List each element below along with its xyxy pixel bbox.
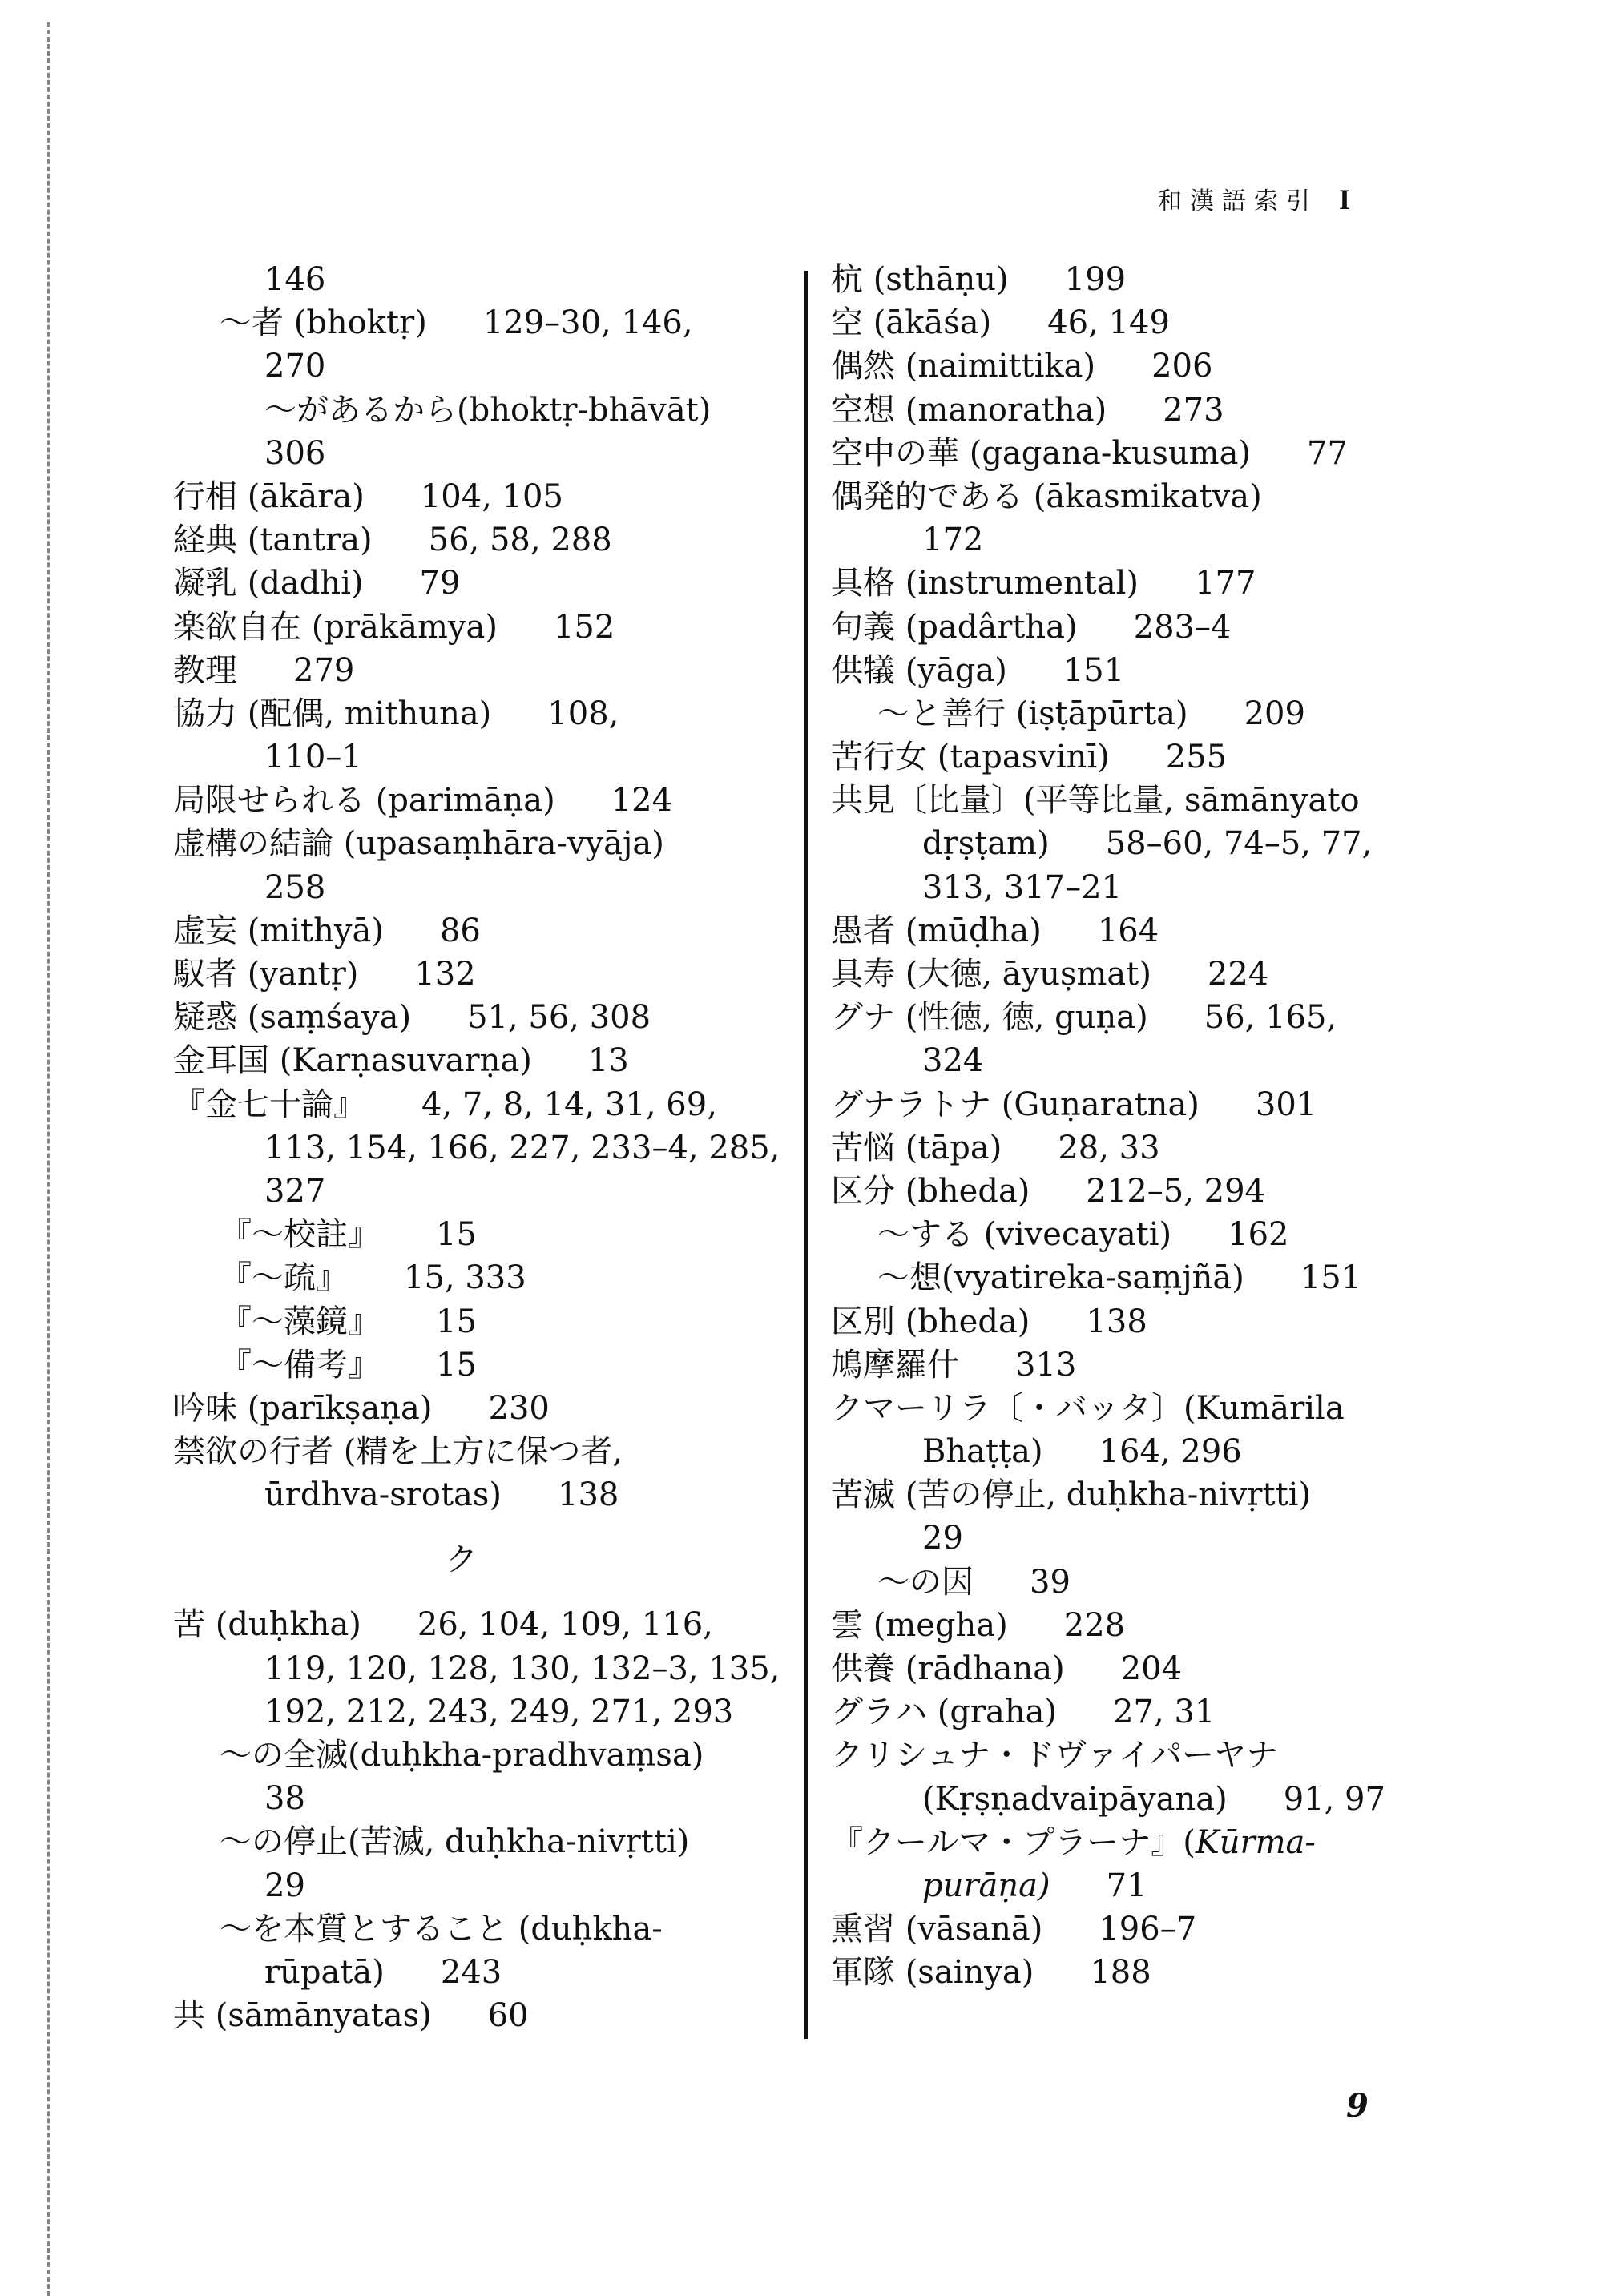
entry-page-refs: 306 [264, 435, 325, 472]
entry-page-refs: 164, 296 [1099, 1433, 1242, 1470]
entry-page-refs: 212–5, 294 [1086, 1173, 1265, 1210]
entry-term: 空想 (manoratha) [831, 392, 1107, 429]
entry-page-refs: 283–4 [1134, 609, 1232, 646]
entry-term: ～の因 [877, 1564, 974, 1601]
entry-term: 鳩摩羅什 [831, 1347, 959, 1384]
entry-term: ～者 (bhoktṛ) [220, 304, 427, 341]
index-entry: 『～藻鏡』15 [173, 1300, 814, 1343]
entry-page-refs: 77 [1307, 435, 1348, 472]
entry-term: 禁欲の行者 (精を上方に保つ者, [173, 1433, 623, 1470]
entry-term: 教理 [173, 652, 237, 689]
index-entry: ～者 (bhoktṛ)129–30, 146, [173, 301, 814, 344]
entry-page-refs: 243 [441, 1954, 502, 1991]
index-entry: 苦 (duḥkha)26, 104, 109, 116, [173, 1603, 814, 1646]
entry-term: 虚構の結論 (upasaṃhāra-vyāja) [173, 825, 664, 862]
index-entry: 区分 (bheda)212–5, 294 [831, 1170, 1472, 1213]
entry-page-refs: 119, 120, 128, 130, 132–3, 135, [264, 1650, 780, 1687]
index-entry: 杭 (sthāṇu)199 [831, 258, 1472, 301]
entry-page-refs: 29 [264, 1867, 305, 1904]
entry-page-refs: 324 [922, 1042, 983, 1079]
index-entry-continuation: 146 [173, 258, 814, 301]
index-entry: 熏習 (vāsanā)196–7 [831, 1907, 1472, 1951]
entry-page-refs: 204 [1121, 1650, 1182, 1687]
entry-term: 『金七十論』 [173, 1086, 365, 1123]
entry-page-refs: 132 [414, 956, 475, 993]
entry-term: 行相 (ākāra) [173, 478, 365, 515]
entry-page-refs: 38 [264, 1780, 305, 1817]
running-head: 和漢語索引I [1158, 181, 1350, 216]
entry-term: 区別 (bheda) [831, 1303, 1030, 1340]
index-entry-continuation: 324 [831, 1039, 1472, 1082]
entry-page-refs: 152 [554, 609, 615, 646]
index-entry: 教理279 [173, 649, 814, 692]
entry-term: 共 (sāmānyatas) [173, 1997, 432, 2034]
index-entry: purāṇa)71 [831, 1864, 1472, 1907]
column-divider [804, 271, 808, 2039]
entry-page-refs: 228 [1064, 1607, 1125, 1644]
index-entry: 疑惑 (saṃśaya)51, 56, 308 [173, 996, 814, 1039]
index-entry: 虚妄 (mithyā)86 [173, 909, 814, 953]
index-entry: 行相 (ākāra)104, 105 [173, 475, 814, 518]
index-entry: 句義 (padârtha)283–4 [831, 606, 1472, 649]
entry-page-refs: 230 [489, 1390, 550, 1427]
entry-page-refs: 56, 58, 288 [429, 522, 612, 558]
entry-term: 虚妄 (mithyā) [173, 912, 384, 949]
entry-page-refs: 113, 154, 166, 227, 233–4, 285, [264, 1130, 780, 1166]
entry-page-refs: 196–7 [1099, 1911, 1196, 1948]
entry-term: 経典 (tantra) [173, 522, 373, 558]
entry-term: グナ (性徳, 徳, guṇa) [831, 999, 1148, 1036]
index-entry: クマーリラ〔・バッタ〕(Kumārila [831, 1387, 1472, 1430]
entry-term: 空 (ākāśa) [831, 304, 991, 341]
entry-term: ūrdhva-srotas) [264, 1476, 502, 1513]
entry-term: 『～藻鏡』 [220, 1303, 380, 1340]
index-entry-continuation: 192, 212, 243, 249, 271, 293 [173, 1690, 814, 1734]
index-entry-continuation: 270 [173, 344, 814, 388]
entry-term: purāṇa) [922, 1867, 1050, 1904]
index-entry: 空 (ākāśa)46, 149 [831, 301, 1472, 344]
index-entry: 吟味 (parīkṣaṇa)230 [173, 1387, 814, 1430]
entry-page-refs: 4, 7, 8, 14, 31, 69, [421, 1086, 717, 1123]
index-entry: 共 (sāmānyatas)60 [173, 1994, 814, 2037]
index-entry: 局限せられる (parimāṇa)124 [173, 779, 814, 822]
entry-page-refs: 124 [611, 782, 672, 819]
index-entry: グラハ (graha)27, 31 [831, 1690, 1472, 1734]
index-entry: 協力 (配偶, mithuna)108, [173, 692, 814, 735]
entry-page-refs: 313 [1015, 1347, 1076, 1384]
index-entry: ～があるから(bhoktṛ-bhāvāt) [173, 389, 814, 432]
index-entry-continuation: 306 [173, 432, 814, 475]
entry-page-refs: 258 [264, 869, 325, 906]
entry-term: 雲 (megha) [831, 1607, 1008, 1644]
index-entry: 区別 (bheda)138 [831, 1300, 1472, 1343]
index-entry: 軍隊 (sainya)188 [831, 1951, 1472, 1994]
entry-page-refs: 46, 149 [1047, 304, 1170, 341]
index-entry: 金耳国 (Karṇasuvarṇa)13 [173, 1039, 814, 1082]
index-entry: 偶然 (naimittika)206 [831, 344, 1472, 388]
entry-page-refs: 110–1 [264, 739, 362, 775]
index-entry: ūrdhva-srotas)138 [173, 1473, 814, 1517]
index-entry-continuation: 113, 154, 166, 227, 233–4, 285, [173, 1126, 814, 1170]
entry-page-refs: 29 [922, 1520, 963, 1557]
entry-term: 句義 (padârtha) [831, 609, 1078, 646]
index-entry: 苦悩 (tāpa)28, 33 [831, 1126, 1472, 1170]
entry-term: 愚者 (mūḍha) [831, 912, 1042, 949]
entry-page-refs: 255 [1166, 739, 1227, 775]
entry-page-refs: 71 [1107, 1867, 1147, 1904]
entry-term: 偶発的である (ākasmikatva) [831, 478, 1262, 515]
index-column-right: 杭 (sthāṇu)199空 (ākāśa)46, 149偶然 (naimitt… [831, 258, 1472, 1995]
index-entry: 苦滅 (苦の停止, duḥkha-nivṛtti) [831, 1473, 1472, 1517]
entry-page-refs: 164 [1098, 912, 1159, 949]
index-entry: ～を本質とすること (duḥkha- [173, 1907, 814, 1951]
entry-page-refs: 209 [1244, 695, 1305, 732]
entry-term: クリシュナ・ドヴァイパーヤナ [831, 1737, 1278, 1774]
entry-term: 苦悩 (tāpa) [831, 1130, 1002, 1166]
index-entry: 楽欲自在 (prākāmya)152 [173, 606, 814, 649]
entry-term: 『クールマ・プラーナ』(Kūrma- [831, 1824, 1316, 1861]
entry-term: ～する (vivecayati) [877, 1216, 1171, 1253]
entry-page-refs: 273 [1163, 392, 1224, 429]
entry-page-refs: 177 [1195, 565, 1256, 602]
index-entry: 虚構の結論 (upasaṃhāra-vyāja) [173, 822, 814, 865]
entry-term: ～の全滅(duḥkha-pradhvaṃsa) [220, 1737, 704, 1774]
entry-page-refs: 138 [1086, 1303, 1147, 1340]
entry-page-refs: 58–60, 74–5, 77, [1106, 825, 1373, 862]
index-entry: 供養 (rādhana)204 [831, 1647, 1472, 1690]
index-entry: rūpatā)243 [173, 1951, 814, 1994]
entry-page-refs: 192, 212, 243, 249, 271, 293 [264, 1694, 733, 1730]
entry-page-refs: 86 [440, 912, 481, 949]
entry-term: (Kṛṣṇadvaipāyana) [922, 1781, 1228, 1818]
index-entry: 鳩摩羅什313 [831, 1343, 1472, 1387]
entry-term: rūpatā) [264, 1954, 385, 1991]
index-entry: 『クールマ・プラーナ』(Kūrma- [831, 1821, 1472, 1864]
entry-page-refs: 60 [488, 1997, 529, 2034]
index-entry: Bhaṭṭa)164, 296 [831, 1430, 1472, 1473]
entry-term: 協力 (配偶, mithuna) [173, 695, 491, 732]
index-column-left: 146～者 (bhoktṛ)129–30, 146,270～があるから(bhok… [173, 258, 814, 2037]
entry-term: ～を本質とすること (duḥkha- [220, 1911, 663, 1948]
entry-term: 空中の華 (gagana-kusuma) [831, 435, 1251, 472]
index-entry: 苦行女 (tapasvinī)255 [831, 735, 1472, 779]
entry-term: ～の停止(苦滅, duḥkha-nivṛtti) [220, 1823, 689, 1860]
index-entry: 雲 (megha)228 [831, 1604, 1472, 1647]
index-entry-continuation: 119, 120, 128, 130, 132–3, 135, [173, 1647, 814, 1690]
index-entry: 愚者 (mūḍha)164 [831, 909, 1472, 953]
entry-term: 『～疏』 [220, 1259, 348, 1296]
index-entry-continuation: 110–1 [173, 735, 814, 779]
running-head-volume: I [1339, 183, 1350, 216]
entry-page-refs: 56, 165, [1204, 999, 1337, 1036]
index-entry-continuation: 29 [831, 1517, 1472, 1560]
entry-term: 杭 (sthāṇu) [831, 261, 1009, 298]
entry-term: 供養 (rādhana) [831, 1650, 1065, 1687]
entry-term: 共見〔比量〕(平等比量, sāmānyato [831, 782, 1360, 819]
index-entry: (Kṛṣṇadvaipāyana)91, 97 [831, 1778, 1472, 1821]
index-entry: 『～備考』15 [173, 1343, 814, 1387]
index-entry: ～の全滅(duḥkha-pradhvaṃsa) [173, 1734, 814, 1777]
index-entry: 禁欲の行者 (精を上方に保つ者, [173, 1430, 814, 1473]
entry-page-refs: 206 [1151, 348, 1212, 385]
index-entry: グナラトナ (Guṇaratna)301 [831, 1083, 1472, 1126]
entry-term: 具格 (instrumental) [831, 565, 1139, 602]
index-entry: ～の停止(苦滅, duḥkha-nivṛtti) [173, 1820, 814, 1863]
index-entry: 共見〔比量〕(平等比量, sāmānyato [831, 779, 1472, 822]
entry-term: 楽欲自在 (prākāmya) [173, 609, 498, 646]
entry-page-refs: 129–30, 146, [483, 304, 693, 341]
index-entry: 馭者 (yantṛ)132 [173, 953, 814, 996]
entry-term: ～と善行 (iṣṭāpūrta) [877, 695, 1188, 732]
entry-term: 疑惑 (saṃśaya) [173, 999, 411, 1036]
index-entry: 具格 (instrumental)177 [831, 562, 1472, 605]
index-entry: 『金七十論』4, 7, 8, 14, 31, 69, [173, 1083, 814, 1126]
entry-page-refs: 51, 56, 308 [467, 999, 651, 1036]
index-entry: 空想 (manoratha)273 [831, 389, 1472, 432]
entry-page-refs: 26, 104, 109, 116, [417, 1606, 713, 1643]
entry-page-refs: 15 [436, 1303, 477, 1340]
entry-term: 具寿 (大徳, āyuṣmat) [831, 956, 1151, 993]
section-heading: ク [173, 1517, 814, 1603]
entry-term: グラハ (graha) [831, 1694, 1057, 1730]
index-entry: 凝乳 (dadhi)79 [173, 562, 814, 605]
entry-term: 『～校註』 [220, 1216, 380, 1253]
index-entry: 偶発的である (ākasmikatva) [831, 475, 1472, 518]
entry-page-refs: 301 [1256, 1086, 1317, 1123]
entry-page-refs: 151 [1300, 1259, 1361, 1296]
entry-term: 熏習 (vāsanā) [831, 1911, 1042, 1948]
entry-page-refs: 104, 105 [421, 478, 563, 515]
page-number: 9 [1346, 2087, 1369, 2125]
entry-page-refs: 151 [1063, 652, 1124, 689]
entry-page-refs: 108, [547, 695, 619, 732]
entry-term: ～想(vyatireka-saṃjñā) [877, 1259, 1244, 1296]
index-entry: 具寿 (大徳, āyuṣmat)224 [831, 953, 1472, 996]
entry-page-refs: 27, 31 [1113, 1694, 1215, 1730]
italic-title-fragment: Kūrma- [1196, 1824, 1316, 1861]
entry-term: 『～備考』 [220, 1347, 380, 1384]
index-entry: 経典 (tantra)56, 58, 288 [173, 518, 814, 562]
running-head-title: 和漢語索引 [1158, 187, 1318, 216]
entry-page-refs: 162 [1228, 1216, 1288, 1253]
index-entry: 『～校註』15 [173, 1213, 814, 1256]
entry-term: 金耳国 (Karṇasuvarṇa) [173, 1042, 532, 1079]
entry-page-refs: 13 [588, 1042, 629, 1079]
index-entry: ～する (vivecayati)162 [831, 1213, 1472, 1256]
entry-page-refs: 172 [922, 522, 983, 558]
entry-page-refs: 146 [264, 261, 325, 298]
entry-term: Bhaṭṭa) [922, 1433, 1043, 1470]
entry-page-refs: 15 [436, 1347, 477, 1384]
entry-page-refs: 188 [1090, 1954, 1151, 1991]
entry-page-refs: 327 [264, 1173, 325, 1210]
entry-term: 苦行女 (tapasvinī) [831, 739, 1110, 775]
entry-page-refs: 15, 333 [404, 1259, 526, 1296]
entry-term: 供犠 (yāga) [831, 652, 1007, 689]
entry-term: 苦滅 (苦の停止, duḥkha-nivṛtti) [831, 1476, 1311, 1513]
entry-term: 局限せられる (parimāṇa) [173, 782, 555, 819]
index-entry: グナ (性徳, 徳, guṇa)56, 165, [831, 996, 1472, 1039]
index-entry-continuation: 313, 317–21 [831, 866, 1472, 909]
index-entry: ～の因39 [831, 1561, 1472, 1604]
entry-page-refs: 39 [1030, 1564, 1071, 1601]
entry-term: 吟味 (parīkṣaṇa) [173, 1390, 433, 1427]
index-entry: 空中の華 (gagana-kusuma)77 [831, 432, 1472, 475]
entry-page-refs: 91, 97 [1284, 1781, 1385, 1818]
page-edge-mark [47, 22, 52, 2296]
entry-term: 軍隊 (sainya) [831, 1954, 1034, 1991]
entry-term: 偶然 (naimittika) [831, 348, 1095, 385]
entry-term: 区分 (bheda) [831, 1173, 1030, 1210]
entry-term: 苦 (duḥkha) [173, 1606, 361, 1643]
index-entry: クリシュナ・ドヴァイパーヤナ [831, 1734, 1472, 1777]
entry-page-refs: 199 [1065, 261, 1126, 298]
entry-page-refs: 313, 317–21 [922, 869, 1122, 906]
entry-term: ～があるから(bhoktṛ-bhāvāt) [264, 392, 711, 429]
entry-page-refs: 15 [436, 1216, 477, 1253]
entry-page-refs: 279 [293, 652, 354, 689]
entry-term: グナラトナ (Guṇaratna) [831, 1086, 1200, 1123]
index-entry: ～想(vyatireka-saṃjñā)151 [831, 1256, 1472, 1299]
entry-page-refs: 138 [558, 1476, 619, 1513]
entry-page-refs: 224 [1208, 956, 1268, 993]
entry-term: 凝乳 (dadhi) [173, 565, 364, 602]
index-entry-continuation: 172 [831, 518, 1472, 562]
entry-page-refs: 79 [420, 565, 461, 602]
entry-page-refs: 270 [264, 348, 325, 385]
index-entry: 『～疏』15, 333 [173, 1256, 814, 1299]
index-entry-continuation: 29 [173, 1864, 814, 1907]
index-entry-continuation: 258 [173, 866, 814, 909]
entry-term: クマーリラ〔・バッタ〕(Kumārila [831, 1390, 1345, 1427]
index-entry-continuation: 38 [173, 1777, 814, 1820]
entry-term: 馭者 (yantṛ) [173, 956, 358, 993]
index-entry: ～と善行 (iṣṭāpūrta)209 [831, 692, 1472, 735]
entry-page-refs: 28, 33 [1058, 1130, 1159, 1166]
entry-term: dṛṣṭam) [922, 825, 1050, 862]
index-entry: 供犠 (yāga)151 [831, 649, 1472, 692]
index-entry-continuation: 327 [173, 1170, 814, 1213]
index-entry: dṛṣṭam)58–60, 74–5, 77, [831, 822, 1472, 865]
